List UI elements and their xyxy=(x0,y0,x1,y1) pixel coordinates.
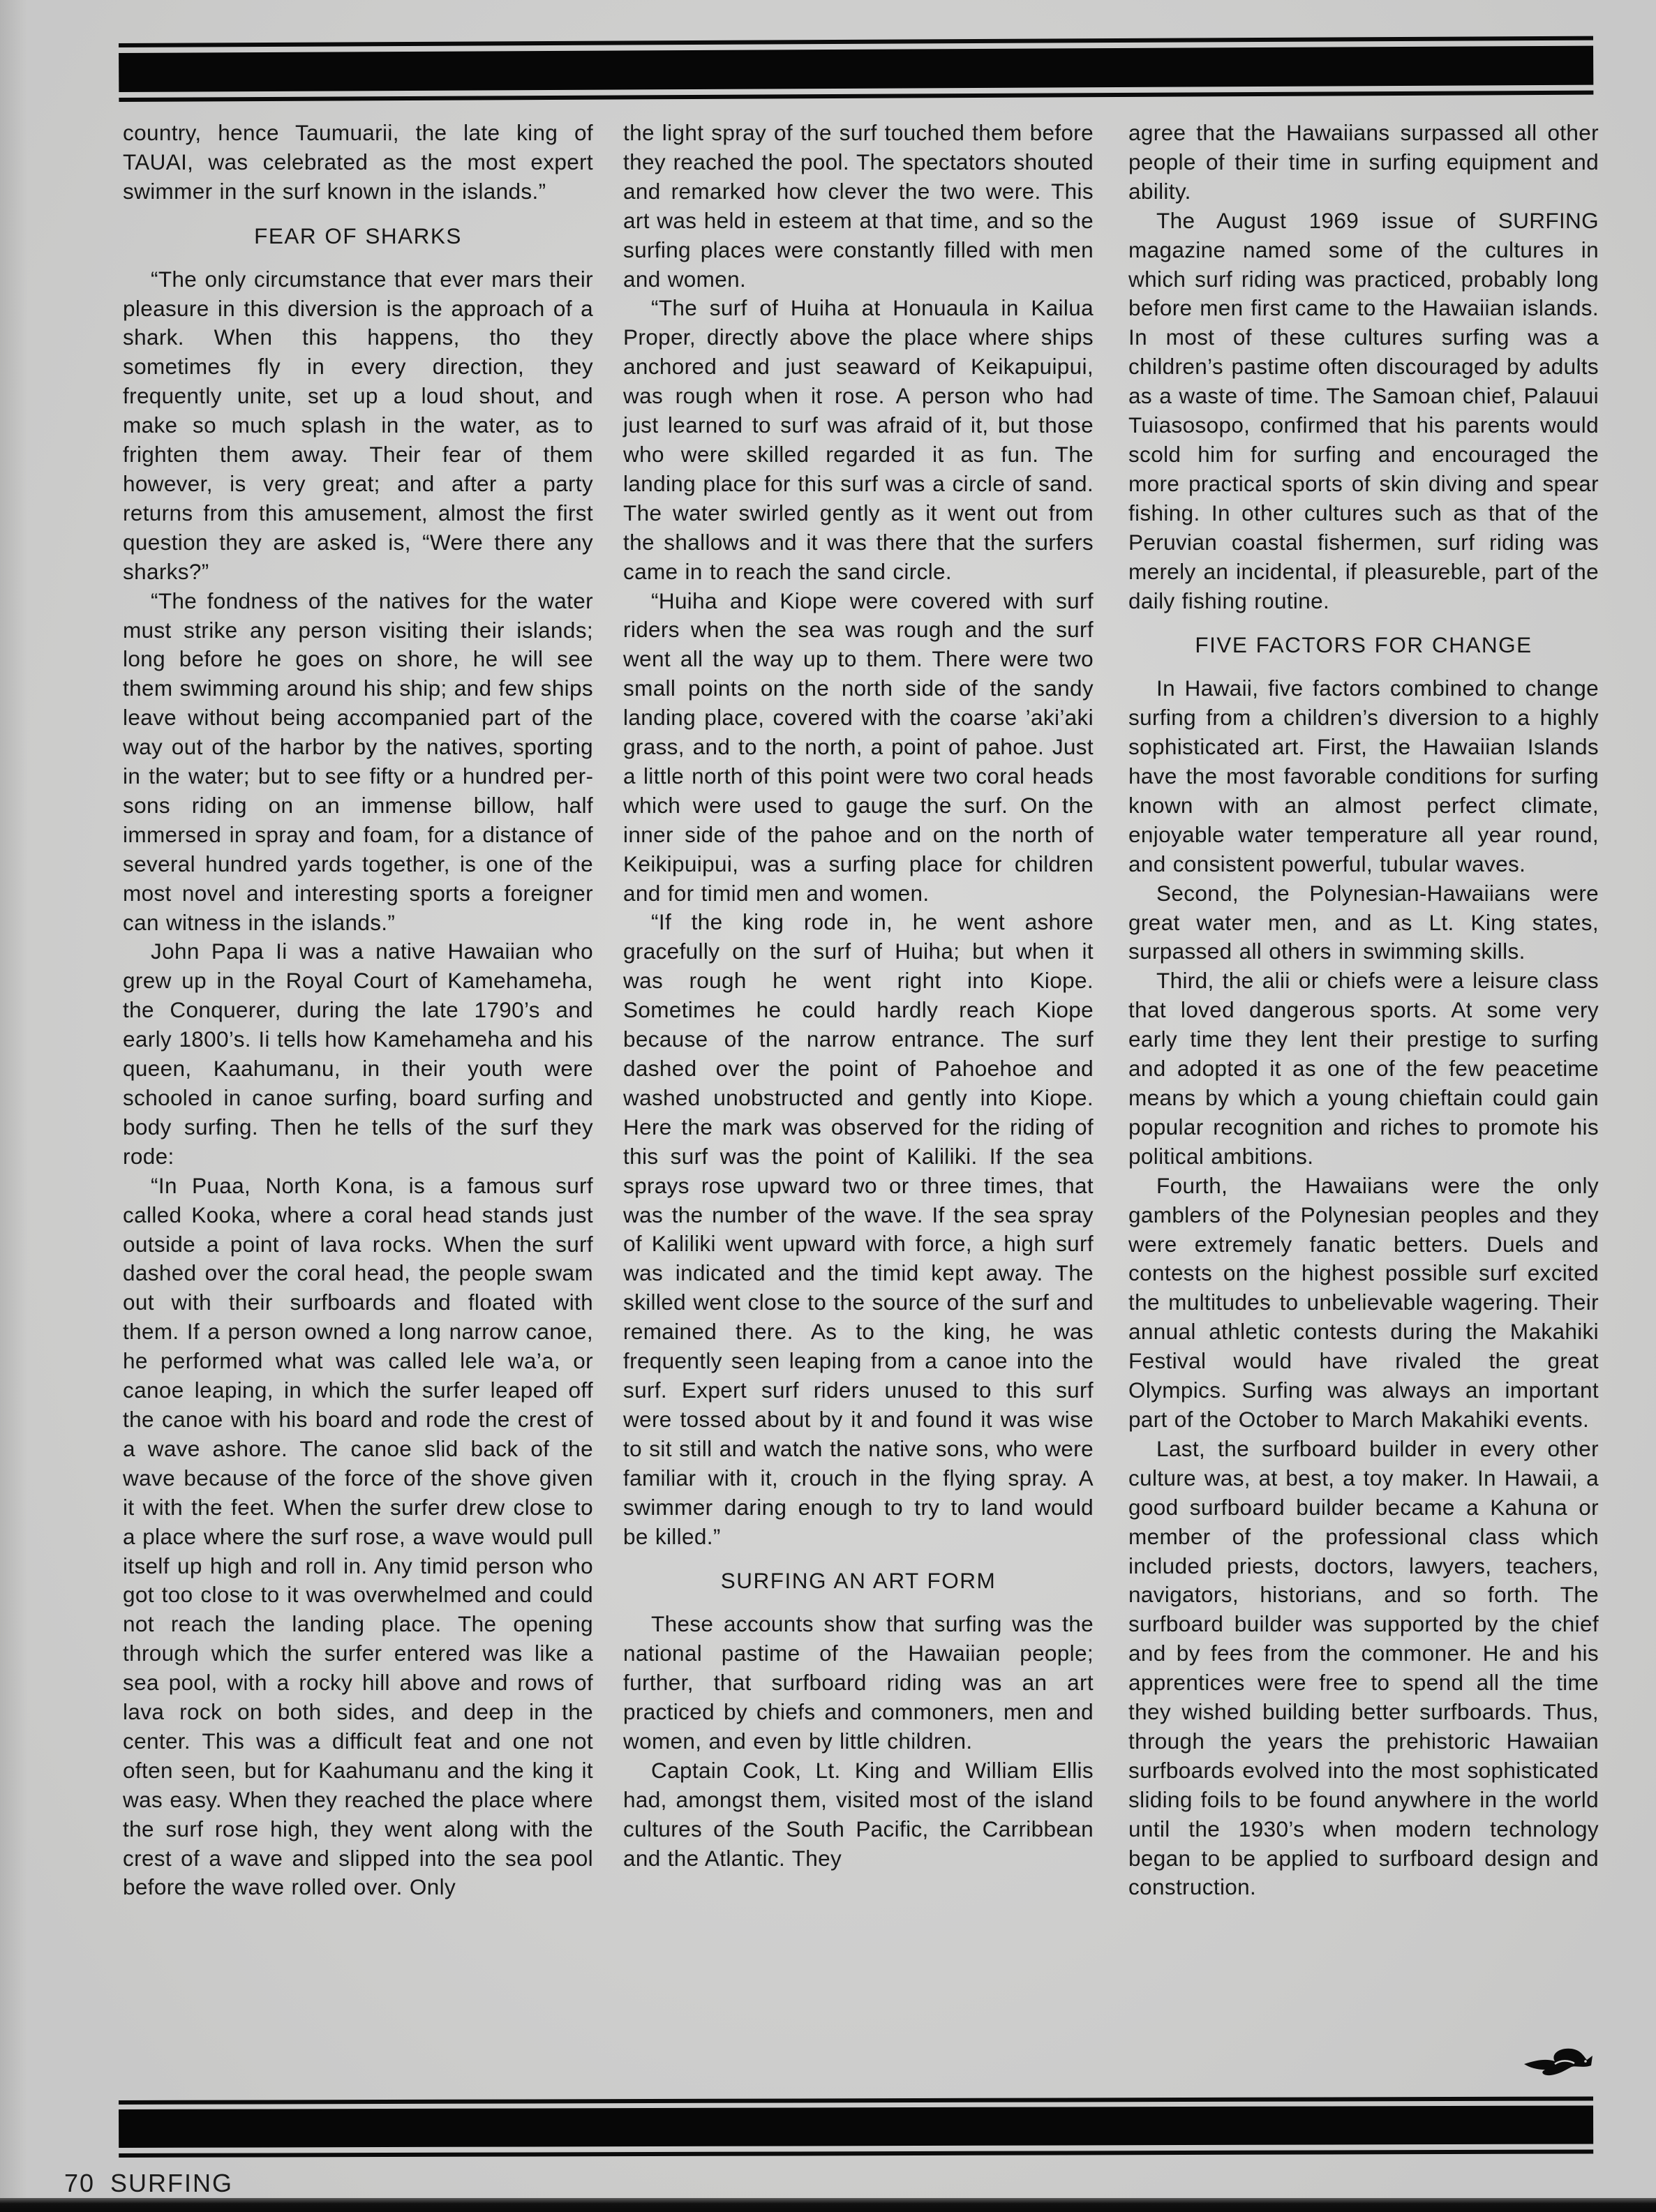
footer-rule-thin-top xyxy=(119,2096,1593,2105)
paragraph: In Hawaii, five factors combined to chan… xyxy=(1128,674,1599,879)
paragraph: Third, the alii or chiefs were a leisure… xyxy=(1128,966,1599,1171)
paragraph: “The only circumstance that ever mars th… xyxy=(123,265,593,587)
article-column-1: country, hence Taumuarii, the late king … xyxy=(123,119,593,1902)
footer-rule-thick-bar xyxy=(119,2105,1593,2148)
page-edge-shadow xyxy=(0,0,28,2212)
paragraph: “In Puaa, North Kona, is a famous surf c… xyxy=(123,1172,593,1903)
article-column-2: the light spray of the surf touched them… xyxy=(623,119,1094,1873)
paragraph: the light spray of the surf touched them… xyxy=(623,119,1094,294)
paragraph: Fourth, the Hawaiians were the only gamb… xyxy=(1128,1172,1599,1435)
paragraph: These accounts show that surfing was the… xyxy=(623,1610,1094,1756)
section-heading: FIVE FACTORS FOR CHANGE xyxy=(1128,631,1599,660)
paragraph: Last, the surfboard builder in every oth… xyxy=(1128,1435,1599,1903)
page-number: 70 xyxy=(64,2169,95,2197)
footer-rule-thin-bottom xyxy=(119,2149,1593,2158)
paragraph: The August 1969 issue of SURFING magazin… xyxy=(1128,207,1599,616)
paragraph: “The surf of Huiha at Honuaula in Kailua… xyxy=(623,294,1094,586)
paragraph: “Huiha and Kiope were covered with surf … xyxy=(623,587,1094,909)
section-heading: SURFING AN ART FORM xyxy=(623,1567,1094,1596)
paragraph: “The fondness of the natives for the wat… xyxy=(123,587,593,938)
paragraph: John Papa Ii was a native Hawaiian who g… xyxy=(123,937,593,1171)
paragraph: agree that the Hawaiians surpassed all o… xyxy=(1128,119,1599,207)
header-rule-thin-top xyxy=(119,36,1593,47)
paragraph: country, hence Taumuarii, the late king … xyxy=(123,119,593,207)
header-rule xyxy=(119,36,1593,103)
paragraph: “If the king rode in, he went ashore gra… xyxy=(623,908,1094,1551)
footer-rule xyxy=(119,2096,1593,2159)
surf-wave-logo-icon xyxy=(1523,2045,1594,2078)
article-column-3: agree that the Hawaiians surpassed all o… xyxy=(1128,119,1599,1902)
page-footer: 70SURFING xyxy=(64,2169,233,2198)
magazine-name: SURFING xyxy=(110,2169,233,2197)
header-rule-thick-bar xyxy=(119,46,1593,92)
header-rule-thin-bottom xyxy=(119,91,1593,102)
section-heading: FEAR OF SHARKS xyxy=(123,222,593,251)
page-bottom-edge xyxy=(0,2198,1656,2212)
paragraph: Captain Cook, Lt. King and William Ellis… xyxy=(623,1756,1094,1874)
paragraph: Second, the Polynesian-Hawaiians were gr… xyxy=(1128,879,1599,967)
